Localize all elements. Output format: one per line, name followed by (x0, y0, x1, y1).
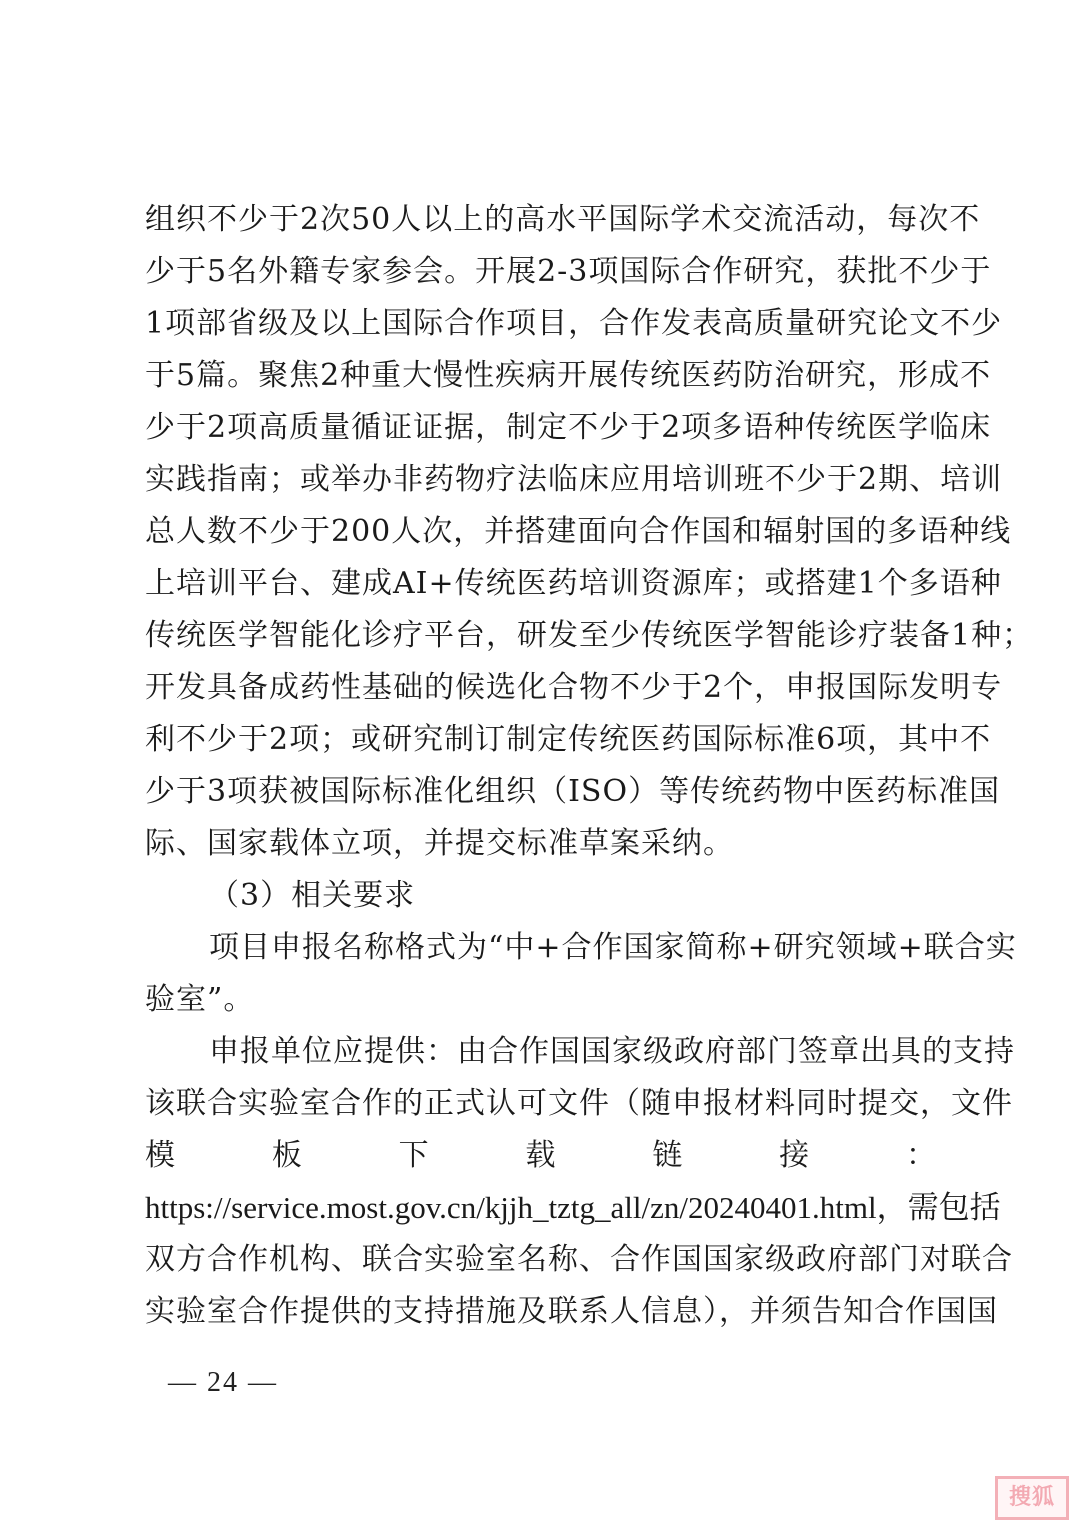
body-line: 该联合实验室合作的正式认可文件（随申报材料同时提交，文件 (145, 1078, 937, 1130)
body-line: 开发具备成药性基础的候选化合物不少于2个，申报国际发明专 (145, 662, 937, 714)
page-number: — 24 — (168, 1367, 278, 1399)
body-line: 模 板 下 载 链 接 ： (145, 1130, 937, 1182)
body-line: 申报单位应提供：由合作国国家级政府部门签章出具的支持 (209, 1026, 937, 1078)
section-heading: （3）相关要求 (209, 870, 937, 922)
body-line: 项目申报名称格式为“中+合作国家简称+研究领域+联合实 (209, 922, 937, 974)
body-line: 1项部省级及以上国际合作项目，合作发表高质量研究论文不少 (145, 298, 937, 350)
body-line: 验室”。 (145, 974, 937, 1026)
body-line: 传统医学智能化诊疗平台，研发至少传统医学智能诊疗装备1种； (145, 610, 937, 662)
watermark-seal-icon: 搜狐 (995, 1476, 1069, 1520)
body-line: 上培训平台、建成AI+传统医药培训资源库；或搭建1个多语种 (145, 558, 937, 610)
body-line: 实验室合作提供的支持措施及联系人信息），并须告知合作国国 (145, 1286, 937, 1338)
template-download-link[interactable]: https://service.most.gov.cn/kjjh_tztg_al… (145, 1182, 937, 1234)
body-line: 际、国家载体立项，并提交标准草案采纳。 (145, 818, 937, 870)
body-line: 实践指南；或举办非药物疗法临床应用培训班不少于2期、培训 (145, 454, 937, 506)
body-line: 少于3项获被国际标准化组织（ISO）等传统药物中医药标准国 (145, 766, 937, 818)
body-line: 少于5名外籍专家参会。开展2-3项国际合作研究，获批不少于 (145, 246, 937, 298)
body-line: 利不少于2项；或研究制订制定传统医药国际标准6项，其中不 (145, 714, 937, 766)
document-page: 组织不少于2次50人以上的高水平国际学术交流活动，每次不 少于5名外籍专家参会。… (0, 0, 1080, 1527)
body-line: 双方合作机构、联合实验室名称、合作国国家级政府部门对联合 (145, 1234, 937, 1286)
body-line: 组织不少于2次50人以上的高水平国际学术交流活动，每次不 (145, 194, 937, 246)
body-line: 于5篇。聚焦2种重大慢性疾病开展传统医药防治研究，形成不 (145, 350, 937, 402)
body-line: 总人数不少于200人次，并搭建面向合作国和辐射国的多语种线 (145, 506, 937, 558)
body-line: 少于2项高质量循证证据，制定不少于2项多语种传统医学临床 (145, 402, 937, 454)
